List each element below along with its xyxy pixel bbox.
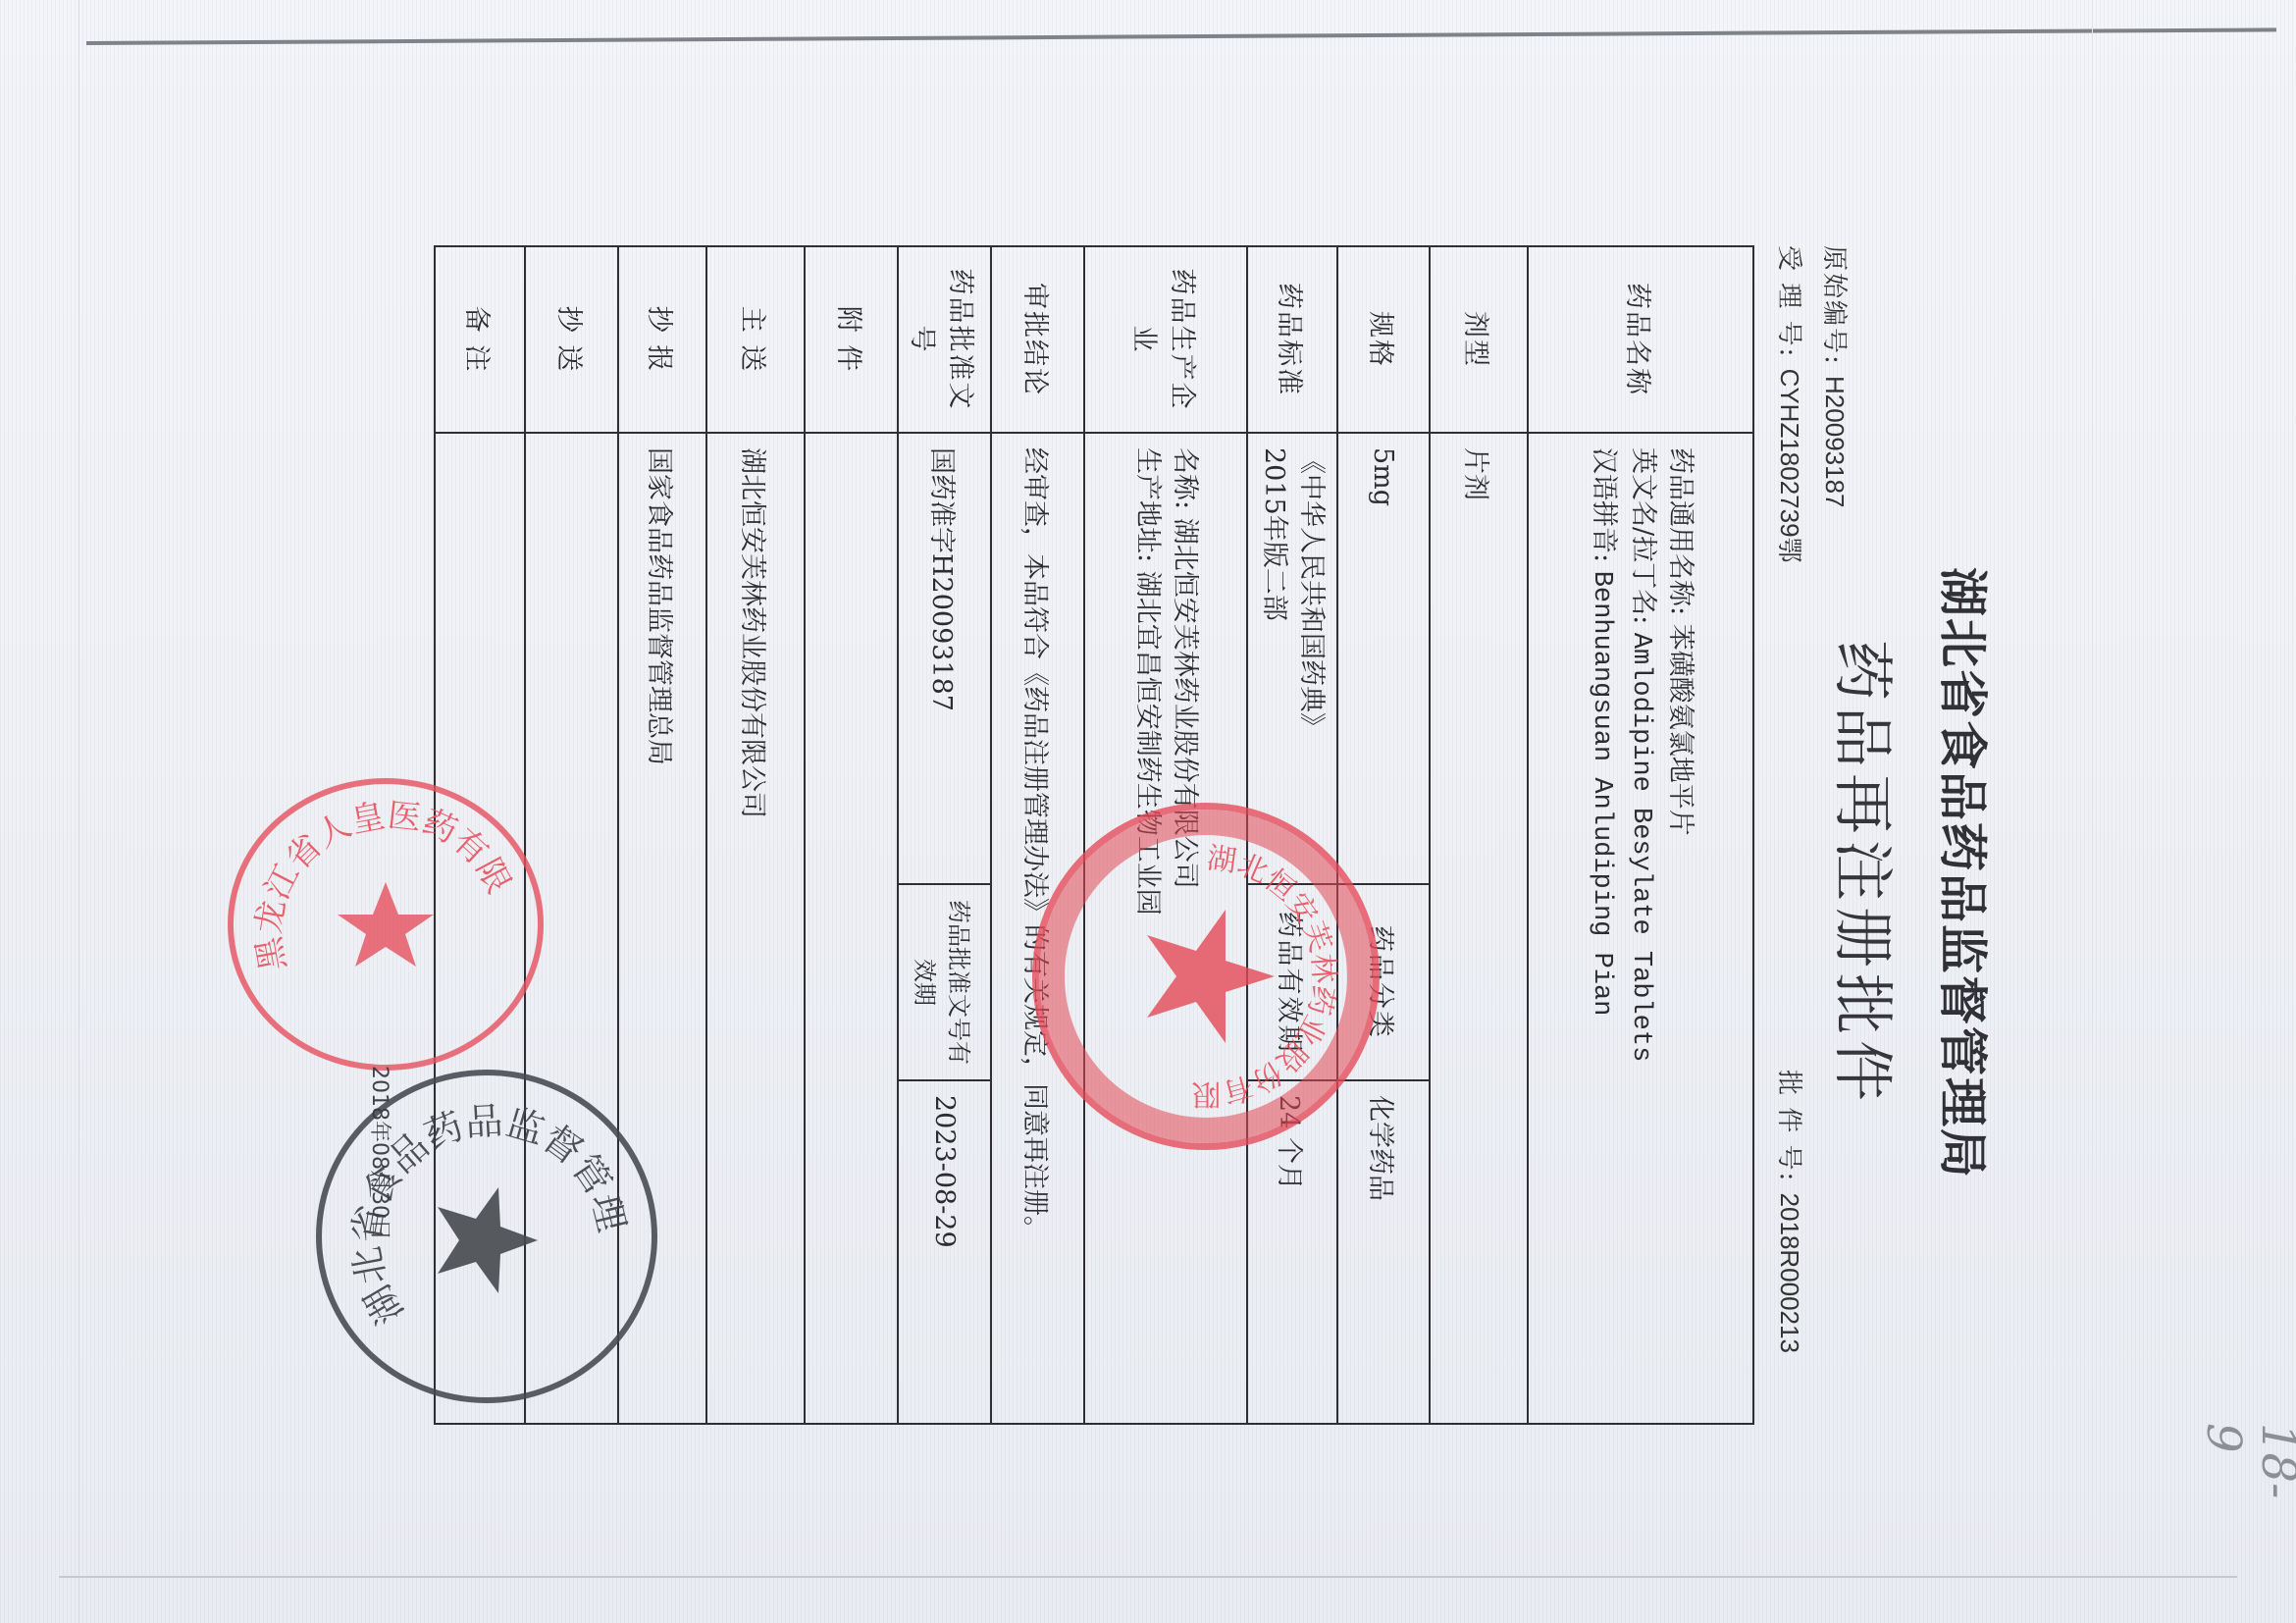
handwritten-page-mark: 18-9: [2196, 1423, 2296, 1513]
row-drug-name: 药品名称 药品通用名称: 苯磺酸氨氯地平片 英文名/拉丁名: Amlodipin…: [1528, 246, 1753, 1424]
generic-name: 药品通用名称: 苯磺酸氨氯地平片: [1661, 447, 1698, 1409]
agency-official-seal: 湖北省食品药品监督管理局 2018年08月30日: [316, 1070, 657, 1403]
distributor-seal-stamp: 黑龙江省人皇医药有限公司: [228, 778, 544, 1071]
approval-doc-value: 国药准字H20093187: [898, 433, 991, 884]
document-title: 药品再注册批件: [1824, 432, 1911, 1315]
acceptance-number: 受 理 号: CYHZ1802739鄂: [1773, 245, 1809, 563]
agency-seal-graphic: 湖北省食品药品监督管理局 2018年08月30日: [322, 1075, 652, 1397]
row-dosage-form: 剂型 片剂: [1430, 246, 1528, 1424]
original-number-label: 原始编号:: [1819, 245, 1849, 366]
company-seal-graphic: 湖北恒安芙林药业股份有限公司: [1039, 810, 1373, 1143]
cc-label: 抄 送: [525, 246, 618, 433]
row-main-recipient: 主 送 湖北恒安芙林药业股份有限公司: [706, 246, 805, 1424]
scan-margin-line: [2092, 0, 2093, 1623]
approval-validity-label: 药品批准文号有效期: [898, 884, 991, 1080]
manufacturer-label: 药品生产企业: [1084, 246, 1247, 433]
seal-date: 2018年08月30日: [367, 1066, 391, 1240]
drug-name-label: 药品名称: [1528, 246, 1753, 433]
standard-value-line1: 《中华人民共和国药典》: [1292, 447, 1330, 869]
english-name-label: 英文名/拉丁名:: [1628, 447, 1658, 624]
manufacturer-address-label: 生产地址:: [1132, 447, 1163, 562]
star-icon: [1147, 910, 1275, 1043]
approval-number-value: 2018R000213: [1775, 1193, 1804, 1353]
dosage-form-label: 剂型: [1430, 246, 1528, 433]
drug-name-value: 药品通用名称: 苯磺酸氨氯地平片 英文名/拉丁名: Amlodipine Bes…: [1528, 433, 1753, 1424]
manufacturer-name-label: 名称:: [1170, 447, 1200, 509]
pinyin-name: 汉语拼音: Benhuangsuan Anludiping Pian: [1583, 447, 1622, 1409]
main-recipient-value: 湖北恒安芙林药业股份有限公司: [706, 433, 805, 1424]
original-number: 原始编号: H20093187: [1818, 245, 1854, 508]
approval-number-label: 批 件 号:: [1774, 1070, 1803, 1182]
standard-label: 药品标准: [1247, 246, 1337, 433]
standard-value-line2: 2015年版二部: [1255, 447, 1292, 869]
star-icon: [438, 1187, 538, 1293]
scan-margin-line: [59, 1576, 2237, 1578]
distributor-seal-graphic: 黑龙江省人皇医药有限公司: [234, 784, 538, 1065]
conclusion-label: 审批结论: [991, 246, 1084, 433]
attachment-label: 附 件: [805, 246, 898, 433]
row-approval-doc: 药品批准文号 国药准字H20093187 药品批准文号有效期 2023-08-2…: [898, 246, 991, 1424]
report-copy-label: 抄 报: [618, 246, 706, 433]
generic-name-label: 药品通用名称:: [1665, 447, 1696, 615]
generic-name-value: 苯磺酸氨氯地平片: [1665, 624, 1696, 836]
english-name: 英文名/拉丁名: Amlodipine Besylate Tablets: [1622, 447, 1661, 1409]
pinyin-label: 汉语拼音:: [1589, 447, 1619, 562]
original-number-value: H20093187: [1820, 376, 1850, 507]
pinyin-value: Benhuangsuan Anludiping Pian: [1587, 571, 1616, 1017]
approval-validity-value: 2023-08-29: [898, 1080, 991, 1424]
acceptance-number-label: 受 理 号:: [1774, 245, 1803, 358]
main-recipient-label: 主 送: [706, 246, 805, 433]
acceptance-number-value: CYHZ1802739鄂: [1775, 369, 1804, 563]
attachment-value: [805, 433, 898, 1424]
english-name-value: Amlodipine Besylate Tablets: [1626, 633, 1655, 1062]
issuing-agency: 湖北省食品药品监督管理局: [1931, 432, 2002, 1315]
approval-number: 批 件 号: 2018R000213: [1773, 1070, 1809, 1353]
specification-label: 规格: [1337, 246, 1430, 433]
dosage-form-value: 片剂: [1430, 433, 1528, 1424]
remarks-label: 备 注: [435, 246, 525, 433]
scan-margin-line: [78, 0, 79, 1623]
star-icon: [338, 882, 434, 967]
approval-doc-label: 药品批准文号: [898, 246, 991, 433]
row-attachment: 附 件: [805, 246, 898, 1424]
company-seal-stamp: 湖北恒安芙林药业股份有限公司: [1032, 803, 1380, 1150]
